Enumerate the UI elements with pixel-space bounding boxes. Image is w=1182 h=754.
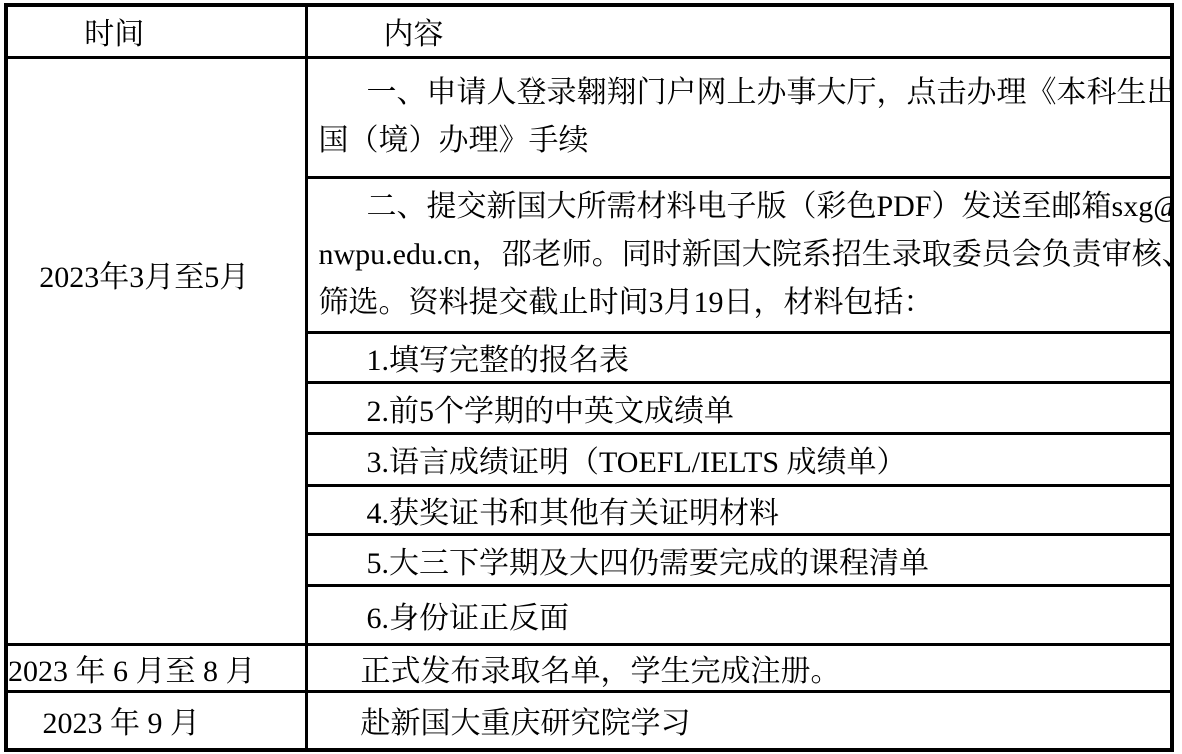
material-item-6: 6.身份证正反面 xyxy=(306,585,1172,644)
table-row: 2023 年 9 月 赴新国大重庆研究院学习 xyxy=(6,691,1172,750)
time-cell-phase3: 2023 年 9 月 xyxy=(6,691,306,750)
time-column-header: 时间 xyxy=(6,5,306,57)
paragraph-line: 一、申请人登录翱翔门户网上办事大厅，点击办理《本科生出 xyxy=(308,69,1171,117)
time-cell-phase1: 2023年3月至5月 xyxy=(6,57,306,644)
material-item-5: 5.大三下学期及大四仍需要完成的课程清单 xyxy=(306,534,1172,585)
material-item-1: 1.填写完整的报名表 xyxy=(306,332,1172,382)
material-item-4: 4.获奖证书和其他有关证明材料 xyxy=(306,485,1172,534)
paragraph-line: 二、提交新国大所需材料电子版（彩色PDF）发送至邮箱sxg@ xyxy=(308,183,1171,231)
content-column-header: 内容 xyxy=(306,5,1172,57)
schedule-table: 时间 内容 2023年3月至5月 一、申请人登录翱翔门户网上办事大厅，点击办理《… xyxy=(4,3,1174,752)
table-row: 2023年3月至5月 一、申请人登录翱翔门户网上办事大厅，点击办理《本科生出 国… xyxy=(6,57,1172,177)
content-cell-phase3: 赴新国大重庆研究院学习 xyxy=(306,691,1172,750)
header-row: 时间 内容 xyxy=(6,5,1172,57)
content-cell-phase2: 正式发布录取名单，学生完成注册。 xyxy=(306,644,1172,691)
paragraph-line: 筛选。资料提交截止时间3月19日，材料包括： xyxy=(308,279,1171,327)
paragraph-line: 国（境）办理》手续 xyxy=(308,117,1171,165)
material-item-2: 2.前5个学期的中英文成绩单 xyxy=(306,382,1172,433)
step2-paragraph-cell: 二、提交新国大所需材料电子版（彩色PDF）发送至邮箱sxg@ nwpu.edu.… xyxy=(306,177,1172,332)
time-cell-phase2: 2023 年 6 月至 8 月 xyxy=(6,644,306,691)
step1-paragraph-cell: 一、申请人登录翱翔门户网上办事大厅，点击办理《本科生出 国（境）办理》手续 xyxy=(306,57,1172,177)
material-item-3: 3.语言成绩证明（TOEFL/IELTS 成绩单） xyxy=(306,433,1172,485)
paragraph-line: nwpu.edu.cn，邵老师。同时新国大院系招生录取委员会负责审核、 xyxy=(308,231,1171,279)
table-row: 2023 年 6 月至 8 月 正式发布录取名单，学生完成注册。 xyxy=(6,644,1172,691)
